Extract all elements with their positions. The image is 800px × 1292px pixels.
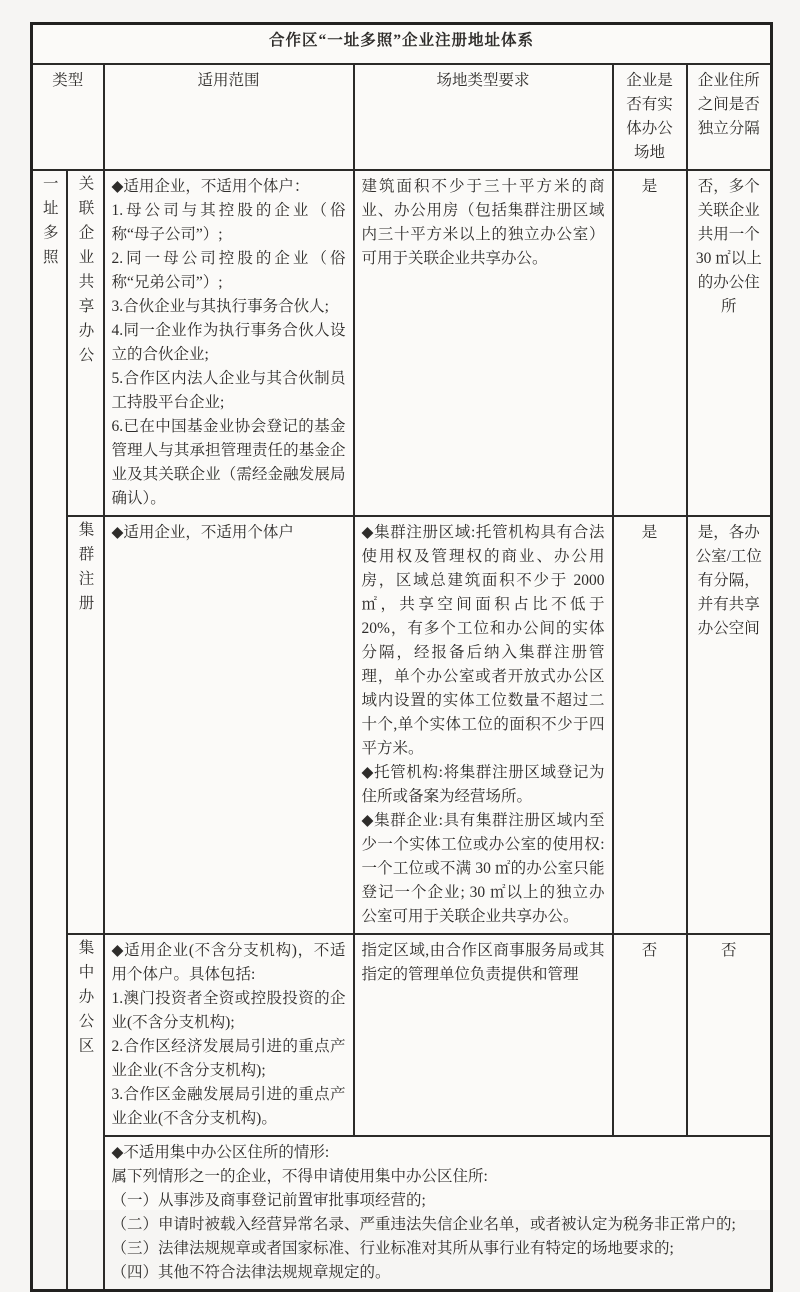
cell-affiliated-venue: 建筑面积不少于三十平方米的商业、办公用房（包括集群注册区域内三十平方米以上的独立… bbox=[354, 170, 613, 516]
note-item: （四）其他不符合法律法规规章规定的。 bbox=[112, 1261, 764, 1285]
note-heading: ◆不适用集中办公区住所的情形: bbox=[112, 1141, 764, 1165]
cell-cluster-venue: ◆集群注册区域:托管机构具有合法使用权及管理权的商业、办公用房，区域总建筑面积不… bbox=[354, 516, 613, 934]
text-line: ◆适用企业(不含分支机构)，不适用个体户。具体包括: bbox=[112, 939, 346, 987]
cell-centralized-venue: 指定区域,由合作区商事服务局或其指定的管理单位负责提供和管理 bbox=[354, 934, 613, 1136]
text-line: 2.合作区经济发展局引进的重点产业企业(不含分支机构); bbox=[112, 1035, 346, 1083]
cell-centralized-separation: 否 bbox=[687, 934, 772, 1136]
note-item: （三）法律法规规章或者国家标准、行业标准对其所从事行业有特定的场地要求的; bbox=[112, 1237, 764, 1261]
row-label-text: 关联企业共享办公 bbox=[76, 175, 93, 371]
text-line: ◆集群注册区域:托管机构具有合法使用权及管理权的商业、办公用房，区域总建筑面积不… bbox=[362, 521, 605, 761]
header-type: 类型 bbox=[32, 64, 104, 170]
text-line: ◆集群企业:具有集群注册区域内至少一个实体工位或办公室的使用权:一个工位或不满 … bbox=[362, 809, 605, 929]
cell-cluster-physical: 是 bbox=[613, 516, 687, 934]
header-scope: 适用范围 bbox=[104, 64, 354, 170]
text-line: 建筑面积不少于三十平方米的商业、办公用房（包括集群注册区域内三十平方米以上的独立… bbox=[362, 175, 605, 271]
text-line: 3.合伙企业与其执行事务合伙人; bbox=[112, 295, 346, 319]
header-independent-separation: 企业住所之间是否独立分隔 bbox=[687, 64, 772, 170]
text-line: 4.同一企业作为执行事务合伙人设立的合伙企业; bbox=[112, 319, 346, 367]
row-label-cluster-registration: 集群注册 bbox=[67, 516, 104, 934]
cell-affiliated-separation: 否，多个关联企业共用一个 30 ㎡以上的办公住所 bbox=[687, 170, 772, 516]
cell-cluster-separation: 是，各办公室/工位有分隔，并有共享办公空间 bbox=[687, 516, 772, 934]
text-line: 3.合作区金融发展局引进的重点产业企业(不含分支机构)。 bbox=[112, 1083, 346, 1131]
scanned-table-sheet: 合作区“一址多照”企业注册地址体系 类型 适用范围 场地类型要求 企业是否有实体… bbox=[30, 22, 770, 1210]
text-line: 1.澳门投资者全资或控股投资的企业(不含分支机构); bbox=[112, 987, 346, 1035]
text-line: ◆适用企业，不适用个体户： bbox=[112, 175, 346, 199]
text-line: ◆适用企业，不适用个体户 bbox=[112, 521, 346, 545]
row-label-affiliated-shared-office: 关联企业共享办公 bbox=[67, 170, 104, 516]
text-line: 1.母公司与其控股的企业（俗称“母子公司”）; bbox=[112, 199, 346, 247]
text-line: 6.已在中国基金业协会登记的基金管理人与其承担管理责任的基金企业及其关联企业（需… bbox=[112, 415, 346, 511]
header-venue-requirements: 场地类型要求 bbox=[354, 64, 613, 170]
category-label-one-address-multiple-licenses: 一址多照 bbox=[32, 170, 67, 1291]
note-item: （二）申请时被载入经营异常名录、严重违法失信企业名单，或者被认定为税务非正常户的… bbox=[112, 1213, 764, 1237]
note-cell-excluded-situations: ◆不适用集中办公区住所的情形: 属下列情形之一的企业，不得申请使用集中办公区住所… bbox=[104, 1136, 772, 1291]
cell-affiliated-physical: 是 bbox=[613, 170, 687, 516]
cell-centralized-scope: ◆适用企业(不含分支机构)，不适用个体户。具体包括: 1.澳门投资者全资或控股投… bbox=[104, 934, 354, 1136]
text-line: 2.同一母公司控股的企业（俗称“兄弟公司”）; bbox=[112, 247, 346, 295]
row-label-text: 集中办公区 bbox=[76, 939, 93, 1062]
address-system-table: 合作区“一址多照”企业注册地址体系 类型 适用范围 场地类型要求 企业是否有实体… bbox=[30, 22, 773, 1292]
note-intro: 属下列情形之一的企业，不得申请使用集中办公区住所: bbox=[112, 1165, 764, 1189]
row-label-centralized-office-area: 集中办公区 bbox=[67, 934, 104, 1291]
header-physical-office: 企业是否有实体办公场地 bbox=[613, 64, 687, 170]
text-line: 5.合作区内法人企业与其合伙制员工持股平台企业; bbox=[112, 367, 346, 415]
cell-centralized-physical: 否 bbox=[613, 934, 687, 1136]
text-line: ◆托管机构:将集群注册区域登记为住所或备案为经营场所。 bbox=[362, 761, 605, 809]
row-label-text: 集群注册 bbox=[76, 521, 93, 619]
table-title: 合作区“一址多照”企业注册地址体系 bbox=[32, 24, 772, 64]
cell-cluster-scope: ◆适用企业，不适用个体户 bbox=[104, 516, 354, 934]
category-label-text: 一址多照 bbox=[41, 175, 58, 273]
cell-affiliated-scope: ◆适用企业，不适用个体户： 1.母公司与其控股的企业（俗称“母子公司”）; 2.… bbox=[104, 170, 354, 516]
note-item: （一）从事涉及商事登记前置审批事项经营的; bbox=[112, 1189, 764, 1213]
text-line: 指定区域,由合作区商事服务局或其指定的管理单位负责提供和管理 bbox=[362, 939, 605, 987]
